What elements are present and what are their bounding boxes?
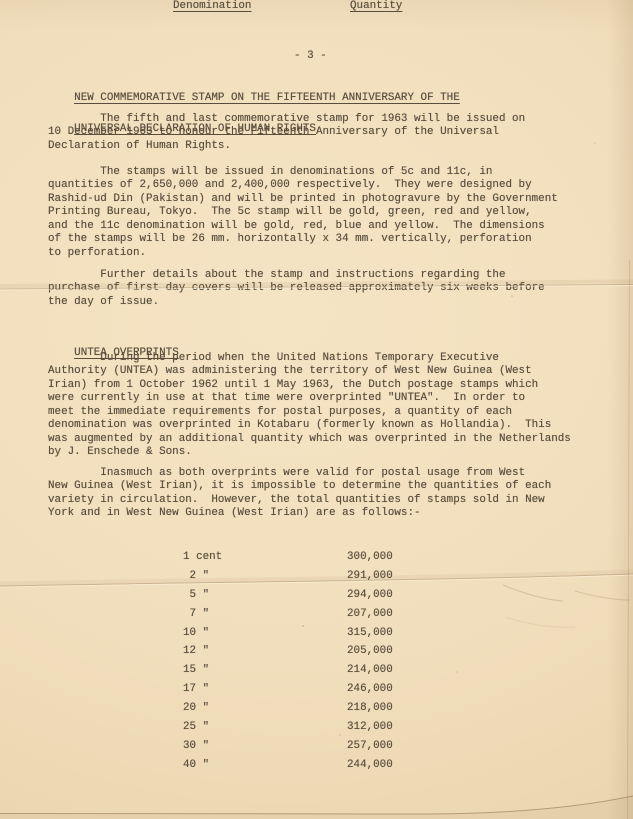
denomination-cell: 10 " bbox=[183, 627, 209, 640]
quantity-cell: 246,000 bbox=[347, 683, 393, 696]
denomination-cell: 2 " bbox=[183, 570, 209, 583]
quantity-cell: 294,000 bbox=[347, 589, 393, 602]
table-row: 15 " 214,000 bbox=[0, 664, 633, 683]
page-number: - 3 - bbox=[294, 50, 327, 63]
table-row: 2 " 291,000 bbox=[0, 570, 633, 589]
paragraph-untea-background: During the period when the United Nation… bbox=[48, 352, 593, 460]
paragraph-first-day-covers: Further details about the stamp and inst… bbox=[48, 269, 593, 309]
denomination-cell: 5 " bbox=[183, 589, 209, 602]
paragraph-stamp-details: The stamps will be issued in denominatio… bbox=[48, 166, 593, 260]
quantity-cell: 300,000 bbox=[347, 551, 393, 564]
table-row: 1 cent 300,000 bbox=[0, 551, 633, 570]
scanned-document-page: - 3 - NEW COMMEMORATIVE STAMP ON THE FIF… bbox=[0, 0, 633, 819]
table-row: 25 " 312,000 bbox=[0, 721, 633, 740]
table-row: 17 " 246,000 bbox=[0, 683, 633, 702]
quantity-cell: 315,000 bbox=[347, 627, 393, 640]
quantity-cell: 291,000 bbox=[347, 570, 393, 583]
table-row: 12 " 205,000 bbox=[0, 645, 633, 664]
quantity-cell: 207,000 bbox=[347, 608, 393, 621]
quantity-cell: 244,000 bbox=[347, 759, 393, 772]
denomination-cell: 20 " bbox=[183, 702, 209, 715]
denomination-cell: 17 " bbox=[183, 683, 209, 696]
denomination-cell: 40 " bbox=[183, 759, 209, 772]
quantity-cell: 218,000 bbox=[347, 702, 393, 715]
table-header-quantity: Quantity bbox=[350, 0, 402, 13]
denomination-cell: 15 " bbox=[183, 664, 209, 677]
denominations-table: 1 cent 300,000 2 " 291,000 5 " 294,000 7… bbox=[0, 551, 633, 778]
table-row: 10 " 315,000 bbox=[0, 627, 633, 646]
paragraph-stamp-announcement: The fifth and last commemorative stamp f… bbox=[48, 113, 593, 153]
table-row: 20 " 218,000 bbox=[0, 702, 633, 721]
table-row: 7 " 207,000 bbox=[0, 608, 633, 627]
table-header-denomination: Denomination bbox=[173, 0, 251, 13]
denomination-cell: 30 " bbox=[183, 740, 209, 753]
table-row: 30 " 257,000 bbox=[0, 740, 633, 759]
denomination-cell: 1 cent bbox=[183, 551, 222, 564]
denomination-cell: 25 " bbox=[183, 721, 209, 734]
denomination-cell: 7 " bbox=[183, 608, 209, 621]
heading-line-1: NEW COMMEMORATIVE STAMP ON THE FIFTEENTH… bbox=[74, 92, 460, 104]
quantity-cell: 205,000 bbox=[347, 645, 393, 658]
paragraph-untea-quantities: Inasmuch as both overprints were valid f… bbox=[48, 467, 593, 521]
table-row: 5 " 294,000 bbox=[0, 589, 633, 608]
table-row: 40 " 244,000 bbox=[0, 759, 633, 778]
quantity-cell: 214,000 bbox=[347, 664, 393, 677]
denomination-cell: 12 " bbox=[183, 645, 209, 658]
quantity-cell: 312,000 bbox=[347, 721, 393, 734]
quantity-cell: 257,000 bbox=[347, 740, 393, 753]
